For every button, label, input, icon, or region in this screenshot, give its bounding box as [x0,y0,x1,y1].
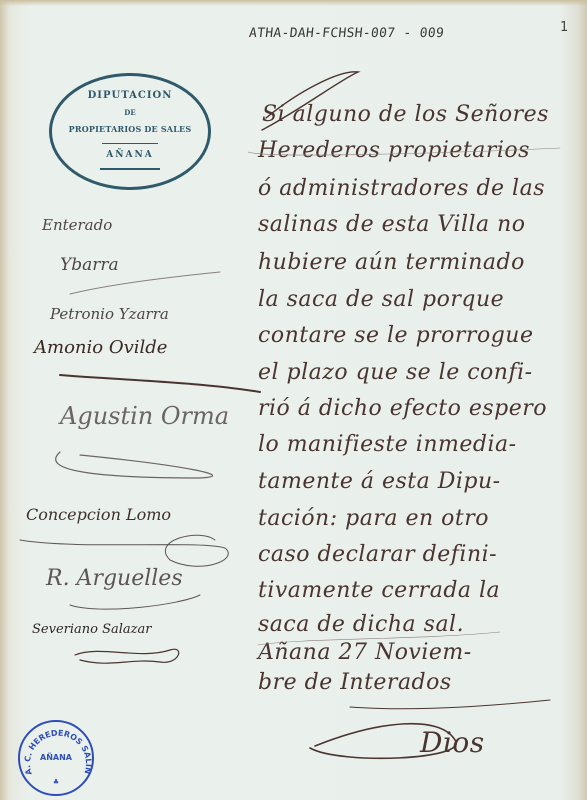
body-line: rió á dicho efecto espero [258,396,547,421]
body-line: Añana 27 Noviem- [258,640,472,665]
body-line: Si alguno de los Señores [262,102,549,127]
body-line: saca de dicha sal. [258,612,464,637]
signature: Severiano Salazar [32,622,151,637]
stamp-divider [102,143,158,144]
signature: Ybarra [60,255,119,275]
body-line: tamente á esta Dipu- [258,469,501,494]
stamp-line-3: PROPIETARIOS DE SALES [52,124,208,134]
signature: Amonio Ovilde [34,337,167,358]
round-stamp-herederos-salinas: A. C. HEREDEROS SALINAS AÑANA ♣ [18,720,94,796]
stamp-line-2: DE [52,108,208,117]
oval-stamp-diputacion: DIPUTACION DE PROPIETARIOS DE SALES AÑAN… [49,73,211,190]
body-line: tación: para en otro [258,506,489,531]
closing-word: Dios [420,726,485,759]
body-line: la saca de sal porque [258,287,504,312]
club-icon: ♣ [20,778,92,786]
signature: R. Arguelles [46,566,183,591]
signature: Agustin Orma [60,402,229,430]
stamp-divider [100,168,160,170]
stamp-line-1: DIPUTACION [52,90,208,101]
body-line: el plazo que se le confi- [258,360,533,385]
svg-text:A. C. HEREDEROS SALINAS: A. C. HEREDEROS SALINAS [20,722,93,776]
body-line: contare se le prorrogue [258,323,533,348]
body-line: tivamente cerrada la [258,578,500,603]
body-line: salinas de esta Villa no [258,212,526,237]
signature: Concepcion Lomo [26,505,171,524]
signature: Enterado [42,216,112,234]
page-number: 1 [560,20,568,35]
signature: Petronio Yzarra [50,305,169,323]
stamp-line-4: AÑANA [52,150,208,160]
body-line: Herederos propietarios [258,138,530,163]
body-line: ó administradores de las [258,176,545,201]
stamp-center-text: AÑANA [20,753,92,762]
page-top-edge [0,0,587,6]
body-line: caso declarar defini- [258,542,497,567]
body-line: hubiere aún terminado [258,250,525,275]
body-line: lo manifieste inmedia- [258,432,517,457]
scanned-document-page: ATHA-DAH-FCHSH-007 - 009 1 DIPUTACION DE… [0,0,587,800]
archive-reference-code: ATHA-DAH-FCHSH-007 - 009 [248,26,445,41]
body-line: bre de Interados [258,670,452,695]
